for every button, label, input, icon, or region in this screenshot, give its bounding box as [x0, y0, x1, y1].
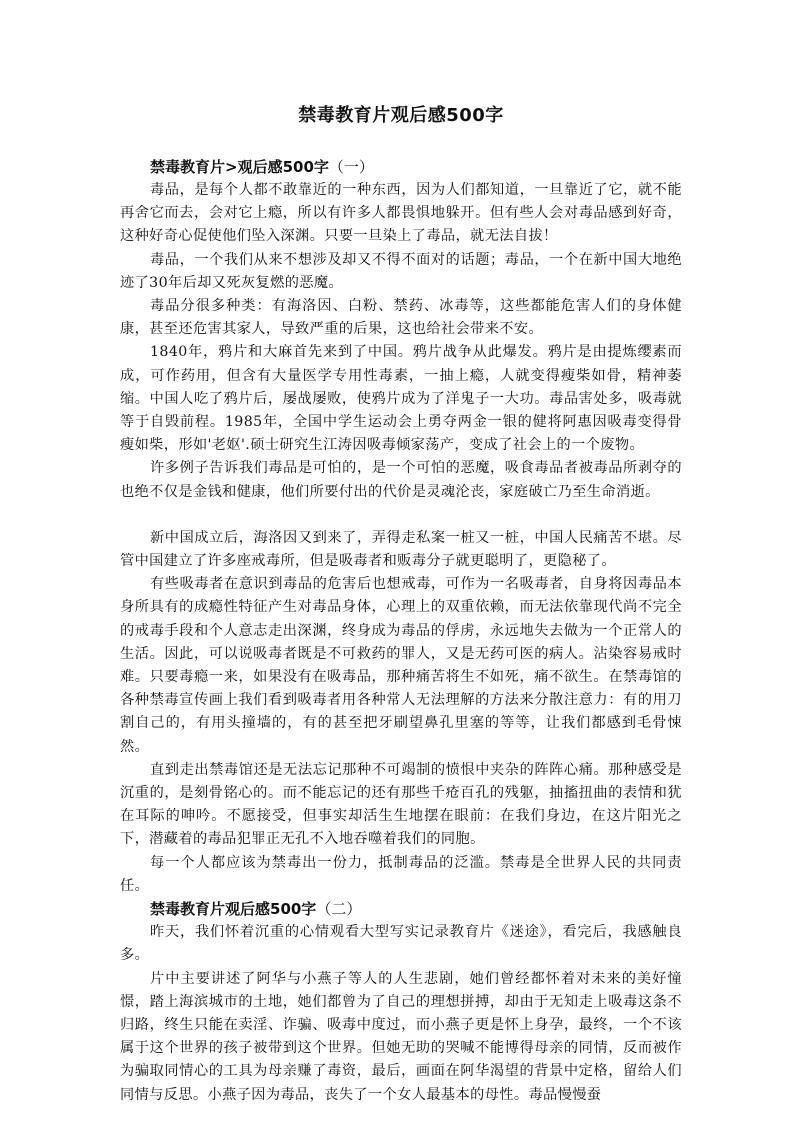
document-title: 禁毒教育片观后感500字 [120, 104, 682, 128]
paragraph: 新中国成立后，海洛因又到来了，弄得走私案一桩又一桩，中国人民痛苦不堪。尽管中国建… [120, 527, 682, 573]
section-heading-text: 禁毒教育片观后感500字 [150, 900, 316, 918]
paragraph: 片中主要讲述了阿华与小燕子等人的人生悲剧，她们曾经都怀着对未来的美好憧憬，踏上海… [120, 968, 682, 1107]
paragraph: 有些吸毒者在意识到毒品的危害后也想戒毒，可作为一名吸毒者，自身将因毒品本身所具有… [120, 573, 682, 759]
paragraph: 许多例子告诉我们毒品是可怕的，是一个可怕的恶魔，吸食毒品者被毒品所剥夺的也绝不仅… [120, 457, 682, 503]
paragraph: 毒品分很多种类：有海洛因、白粉、禁药、冰毒等，这些都能危害人们的身体健康，甚至还… [120, 295, 682, 341]
paragraph: 毒品，一个我们从来不想涉及却又不得不面对的话题；毒品，一个在新中国大地绝迹了30… [120, 249, 682, 295]
paragraph: 毒品，是每个人都不敢靠近的一种东西，因为人们都知道，一旦靠近了它，就不能再舍它而… [120, 179, 682, 249]
paragraph: 每一个人都应该为禁毒出一份力，抵制毒品的泛滥。禁毒是全世界人民的共同责任。 [120, 852, 682, 898]
paragraph: 1840年，鸦片和大麻首先来到了中国。鸦片战争从此爆发。鸦片是由提炼缨素而成，可… [120, 341, 682, 457]
document-page: 禁毒教育片观后感500字 禁毒教育片>观后感500字（一） 毒品，是每个人都不敢… [120, 104, 682, 1107]
paragraph: 直到走出禁毒馆还是无法忘记那种不可竭制的愤恨中夹杂的阵阵心痛。那种感受是沉重的，… [120, 759, 682, 852]
section-heading-suffix: （二） [316, 900, 361, 918]
section-heading-1: 禁毒教育片>观后感500字（一） [120, 156, 682, 179]
section-heading-2: 禁毒教育片观后感500字（二） [120, 898, 682, 921]
paragraph: 昨天，我们怀着沉重的心情观看大型写实记录教育片《迷途》，看完后，我感触良多。 [120, 921, 682, 967]
section-heading-text: 禁毒教育片>观后感500字 [150, 158, 329, 176]
blank-line [120, 504, 682, 527]
section-heading-suffix: （一） [329, 158, 374, 176]
